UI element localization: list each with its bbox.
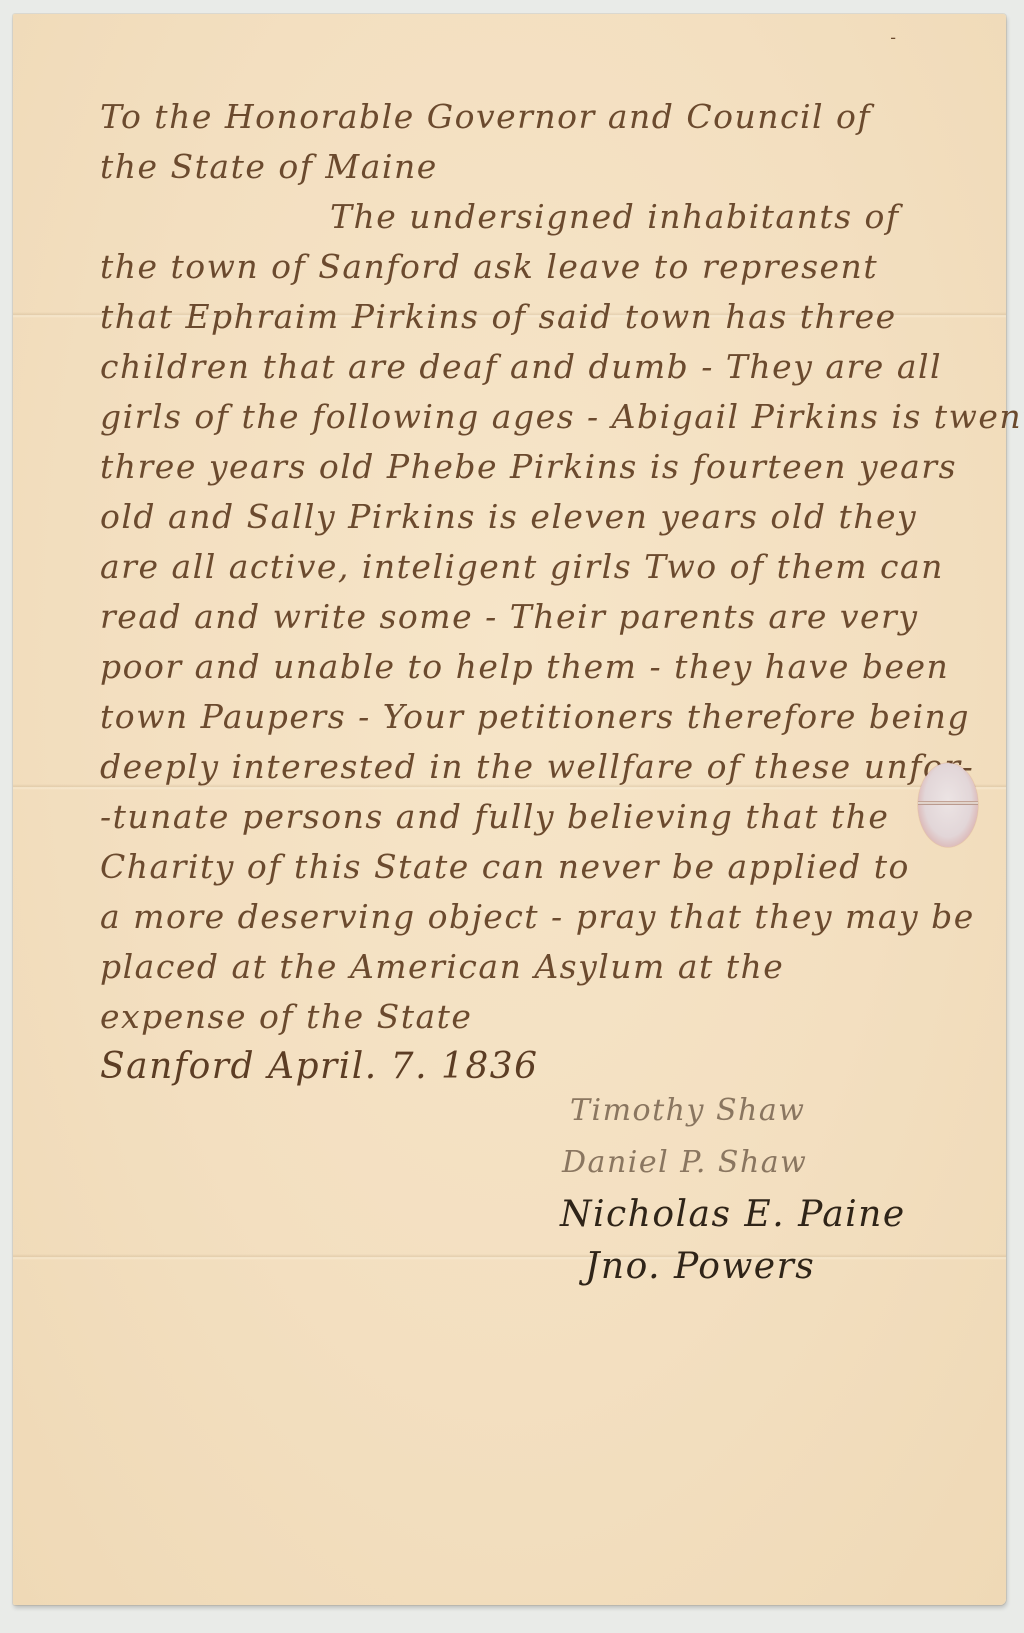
- body-line: that Ephraim Pirkins of said town has th…: [100, 292, 980, 342]
- scanned-document: - To the Honorable Governor and Council …: [0, 0, 1024, 1633]
- body-line: deeply interested in the wellfare of the…: [100, 742, 980, 792]
- body-line: the town of Sanford ask leave to represe…: [100, 242, 980, 292]
- body-line: Charity of this State can never be appli…: [100, 842, 980, 892]
- body-line: poor and unable to help them - they have…: [100, 642, 980, 692]
- body-line: town Paupers - Your petitioners therefor…: [100, 692, 980, 742]
- body-line: girls of the following ages - Abigail Pi…: [100, 392, 980, 442]
- signature: Timothy Shaw: [560, 1085, 906, 1137]
- salutation-line: To the Honorable Governor and Council of: [100, 92, 980, 142]
- body-line: are all active, inteligent girls Two of …: [100, 542, 980, 592]
- petition-body: To the Honorable Governor and Council of…: [100, 92, 980, 1092]
- wax-seal-icon: [918, 763, 978, 847]
- salutation-line: the State of Maine: [100, 142, 980, 192]
- body-line: children that are deaf and dumb - They a…: [100, 342, 980, 392]
- corner-mark: -: [890, 28, 896, 47]
- body-line: placed at the American Asylum at the: [100, 942, 980, 992]
- body-line: read and write some - Their parents are …: [100, 592, 980, 642]
- signature: Nicholas E. Paine: [560, 1189, 906, 1241]
- body-line: -tunate persons and fully believing that…: [100, 792, 980, 842]
- signature: Jno. Powers: [560, 1241, 906, 1293]
- body-line: three years old Phebe Pirkins is fourtee…: [100, 442, 980, 492]
- signature-block: Timothy Shaw Daniel P. Shaw Nicholas E. …: [560, 1085, 906, 1293]
- body-line: a more deserving object - pray that they…: [100, 892, 980, 942]
- signature: Daniel P. Shaw: [560, 1137, 906, 1189]
- body-line: The undersigned inhabitants of: [100, 192, 980, 242]
- body-line: expense of the State: [100, 992, 980, 1042]
- body-line: old and Sally Pirkins is eleven years ol…: [100, 492, 980, 542]
